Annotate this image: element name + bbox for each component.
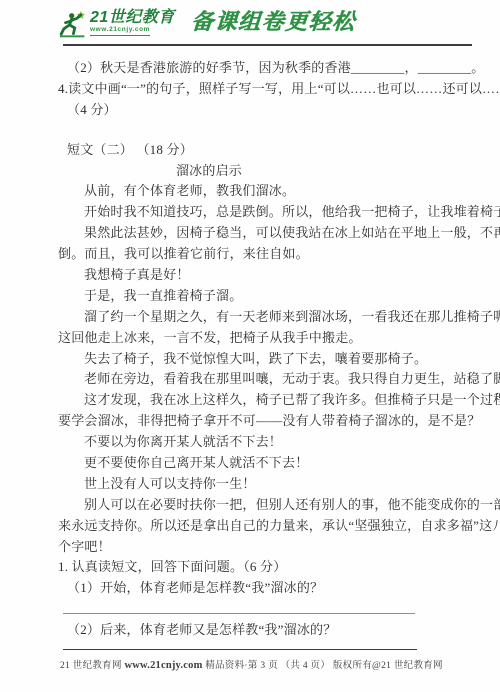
brand-name: 21世纪教育 bbox=[90, 9, 175, 26]
essay-title: 溜冰的启示 bbox=[3, 161, 415, 182]
document-body: （2）秋天是香港旅游的好季节，因为秋季的香港________，________。… bbox=[58, 58, 470, 641]
doc-line: 个字吧！ bbox=[58, 537, 470, 558]
doc-line: 这才发现，我在冰上这样久，椅子已帮了我许多。但推椅子只是一个过程， bbox=[58, 390, 470, 411]
worksheet-page: 21世纪教育 www.21cnjy.com 备课组卷更轻松 （2）秋天是香港旅游… bbox=[0, 0, 500, 692]
doc-line: 从前，有个体育老师，教我们溜冰。 bbox=[58, 181, 470, 202]
footer-page-info: 精品资料·第 3 页 （共 4 页） 版权所有@21 世纪教育网 bbox=[205, 661, 443, 671]
doc-line: 来永远支持你。所以还是拿出自己的力量来，承认“坚强独立，自求多福”这八 bbox=[58, 516, 470, 537]
doc-line: 倒。而且，我可以推着它前行，来往自如。 bbox=[58, 244, 470, 265]
doc-line: 这回他走上冰来，一言不发，把椅子从我手中搬走。 bbox=[58, 328, 470, 349]
doc-line: 不要以为你离开某人就活不下去！ bbox=[58, 432, 470, 453]
doc-line: 老师在旁边，看着我在那里叫嚷，无动于衷。我只得自力更生，站稳了脚步。 bbox=[58, 369, 470, 390]
doc-line: 溜了约一个星期之久，有一天老师来到溜冰场，一看我还在那儿推椅子呢！ bbox=[58, 307, 470, 328]
doc-line: 世上没有人可以支持你一生！ bbox=[58, 474, 470, 495]
site-header: 21世纪教育 www.21cnjy.com 备课组卷更轻松 bbox=[0, 0, 500, 46]
doc-line: 要学会溜冰，非得把椅子拿开不可——没有人带着椅子溜冰的，是不是？ bbox=[58, 411, 470, 432]
exercise-1-prompt: 1. 认真读短文，回答下面问题。（6 分） bbox=[58, 557, 470, 578]
header-divider bbox=[63, 44, 472, 46]
answer-line bbox=[63, 599, 415, 614]
footer-url: www.21cnjy.com bbox=[124, 660, 202, 671]
doc-line: 我想椅子真是好！ bbox=[58, 265, 470, 286]
footer-info: 21 世纪教育网 www.21cnjy.com 精品资料·第 3 页 （共 4 … bbox=[60, 657, 420, 671]
question-4-points: （4 分） bbox=[58, 100, 470, 121]
question-autumn-blank: （2）秋天是香港旅游的好季节，因为秋季的香港________，________。 bbox=[58, 58, 470, 79]
doc-line: 更不要使你自己离开某人就活不下去！ bbox=[58, 453, 470, 474]
section-heading: 短文（二） （18 分） bbox=[58, 140, 470, 161]
brand-logo: 21世纪教育 www.21cnjy.com 备课组卷更轻松 bbox=[59, 9, 500, 41]
doc-line: 开始时我不知道技巧，总是跌倒。所以，他给我一把椅子，让我堆着椅子溜。 bbox=[58, 202, 470, 223]
page-footer: 21 世纪教育网 www.21cnjy.com 精品资料·第 3 页 （共 4 … bbox=[0, 649, 500, 671]
question-2: （2）后来，体育老师又是怎样教“我”溜冰的？ bbox=[58, 620, 470, 641]
footer-site: 21 世纪教育网 bbox=[60, 661, 122, 671]
brand-url: www.21cnjy.com bbox=[90, 26, 150, 36]
brand-block: 21世纪教育 www.21cnjy.com bbox=[90, 9, 175, 36]
doc-line: 失去了椅子，我不觉惊惶大叫，跌了下去，嚷着要那椅子。 bbox=[58, 349, 470, 370]
doc-line: 果然此法甚妙，因椅子稳当，可以使我站在冰上如站在平地上一般，不再跌 bbox=[58, 223, 470, 244]
doc-line: 别人可以在必要时扶你一把，但别人还有别人的事，他不能变成你的一部分， bbox=[58, 495, 470, 516]
doc-line: 于是，我一直推着椅子溜。 bbox=[58, 286, 470, 307]
runner-icon bbox=[59, 10, 87, 38]
question-1: （1）开始，体育老师是怎样教“我”溜冰的？ bbox=[58, 578, 470, 599]
question-4-prompt: 4.读文中画“一”的句子，照样子写一写，用上“可以……也可以……还可以……”。 bbox=[58, 79, 470, 100]
brand-slogan: 备课组卷更轻松 bbox=[190, 9, 356, 35]
footer-divider bbox=[63, 649, 417, 650]
